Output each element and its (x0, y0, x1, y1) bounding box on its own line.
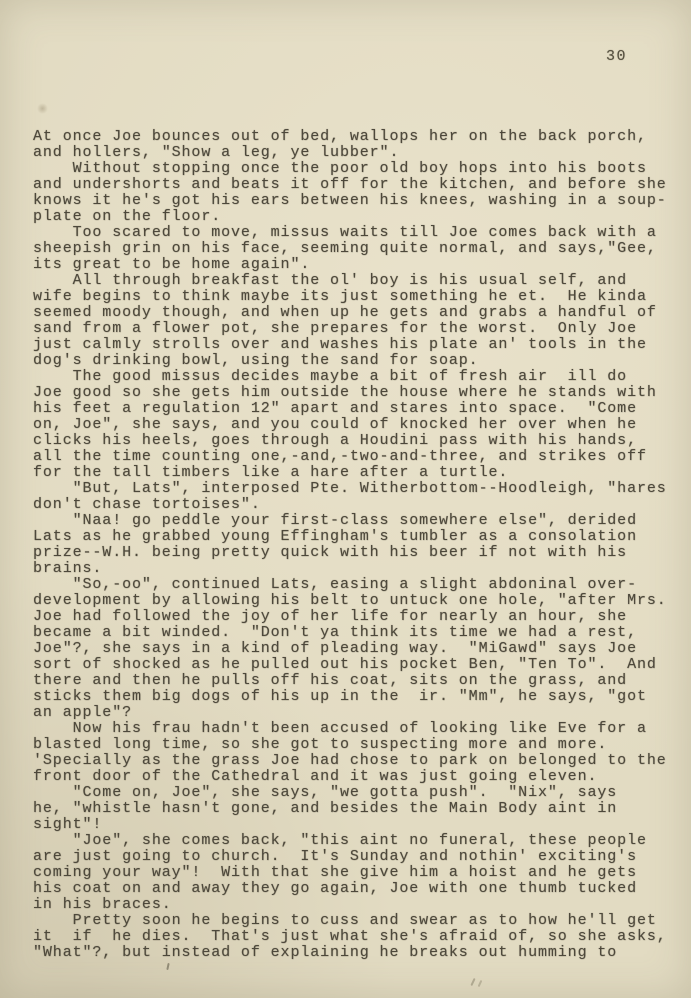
ink-speck (478, 980, 483, 987)
page-number: 30 (606, 48, 627, 65)
typewritten-manuscript-page: 30 At once Joe bounces out of bed, wallo… (0, 0, 691, 998)
ink-speck (470, 978, 475, 986)
typewritten-body-text: At once Joe bounces out of bed, wallops … (33, 129, 673, 961)
ink-speck (166, 963, 169, 970)
paper-smudge (37, 103, 48, 114)
